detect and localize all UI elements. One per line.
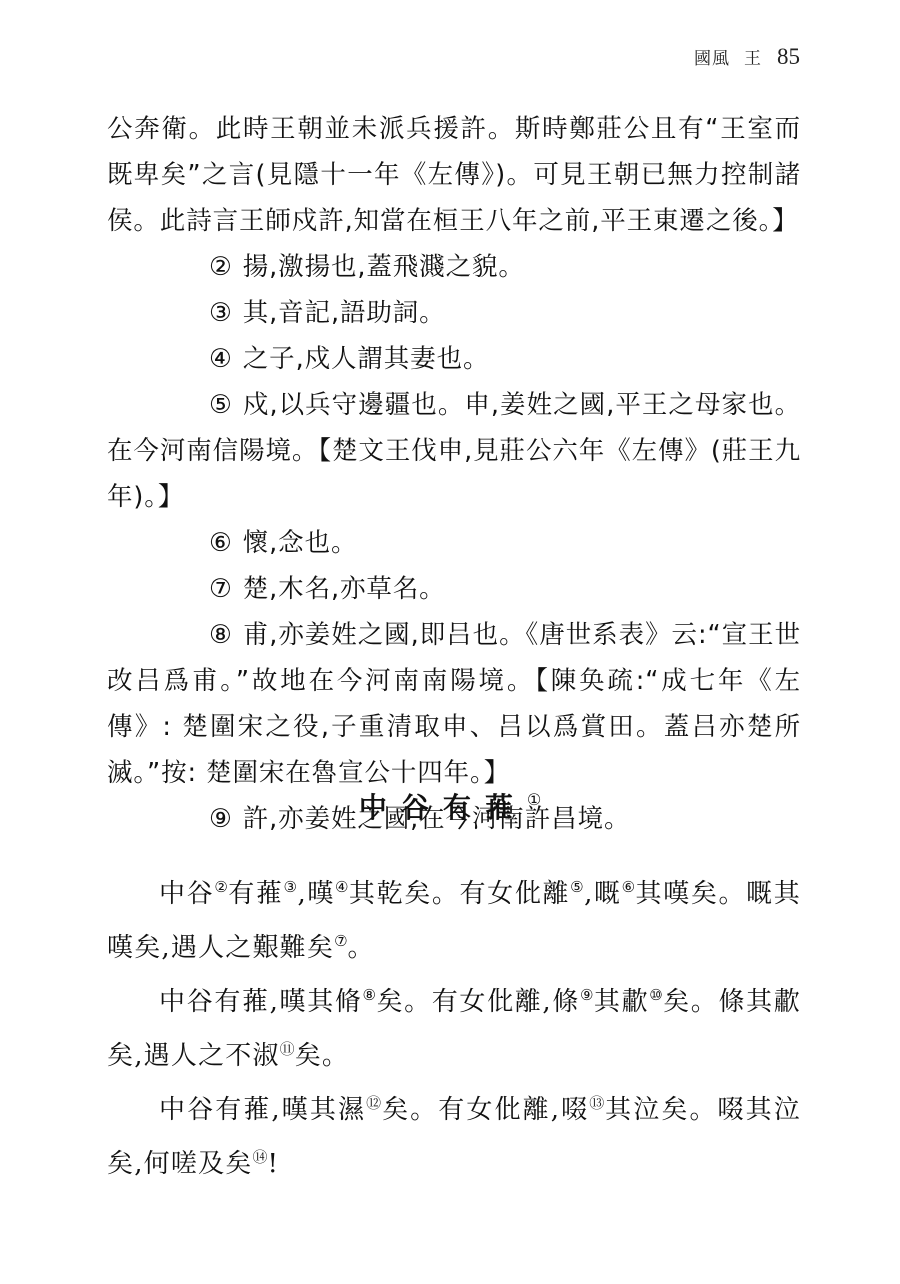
running-head-section: 國風 [694,44,730,69]
note-text: 之子,戍人謂其妻也。 [243,344,490,374]
footnote-marker: ⑧ [363,986,377,1004]
note-number: ⑤ [158,382,233,428]
verse-text: 矣。有女仳離,條 [376,987,580,1017]
note-number: ⑧ [158,612,233,658]
verse-text: 中谷有蓷,暵其脩 [159,987,363,1017]
note-number: ④ [158,336,233,382]
footnote-marker: ⑫ [366,1094,382,1112]
footnote-marker: ⑬ [589,1094,605,1112]
footnote-marker: ⑤ [570,878,584,896]
footnote-marker: ⑭ [252,1148,267,1166]
poem-body: 中谷②有蓷③,暵④其乾矣。有女仳離⑤,嘅⑥其嘆矣。嘅其嘆矣,遇人之艱難矣⑦。 中… [107,864,801,1188]
verse-text: 中谷 [159,879,214,909]
verse-text: ! [267,1149,279,1179]
stanza-3: 中谷有蓷,暵其濕⑫矣。有女仳離,啜⑬其泣矣。啜其泣矣,何嗟及矣⑭! [107,1080,801,1188]
note-number: ⑦ [158,566,233,612]
footnote-marker: ⑥ [622,878,636,896]
note-number: ② [158,244,233,290]
verse-text: ,嘅 [584,879,622,909]
running-head-subsection: 王 [744,44,761,69]
note-continuation: 公奔衛。此時王朝並未派兵援許。斯時鄭莊公且有“王室而既卑矣”之言(見隱十一年《左… [107,106,801,244]
book-page: 國風 王 85 公奔衛。此時王朝並未派兵援許。斯時鄭莊公且有“王室而既卑矣”之言… [0,0,900,1284]
note-2: ②揚,激揚也,蓋飛濺之貌。 [107,244,801,290]
footnote-marker: ④ [335,878,349,896]
footnote-marker: ⑨ [580,986,594,1004]
stanza-2: 中谷有蓷,暵其脩⑧矣。有女仳離,條⑨其歗⑩矣。條其歗矣,遇人之不淑⑪矣。 [107,972,801,1080]
poem-title-footnote-marker: ① [527,790,541,809]
verse-text: ,暵 [297,879,335,909]
verse-text: 其乾矣。有女仳離 [349,879,570,909]
note-4: ④之子,戍人謂其妻也。 [107,336,801,382]
footnote-marker: ③ [284,878,298,896]
verse-text: 有蓷 [228,879,283,909]
note-text: 揚,激揚也,蓋飛濺之貌。 [243,252,525,282]
poem-title: 中谷有蓷① [0,786,900,826]
running-head: 國風 王 85 [694,44,800,70]
note-7: ⑦楚,木名,亦草名。 [107,566,801,612]
note-number: ③ [158,290,233,336]
footnote-marker: ⑪ [280,1040,295,1058]
page-number: 85 [777,44,800,70]
note-text: 楚,木名,亦草名。 [243,574,446,604]
verse-text: 矣。 [295,1041,349,1071]
footnote-marker: ② [214,878,228,896]
note-5: ⑤戍,以兵守邊疆也。申,姜姓之國,平王之母家也。在今河南信陽境。【楚文王伐申,見… [107,382,801,520]
verse-text: 其歗 [594,987,649,1017]
note-text: 懷,念也。 [243,528,358,558]
verse-text: 。 [348,933,375,963]
note-number: ⑥ [158,520,233,566]
footnote-marker: ⑩ [649,986,663,1004]
note-8: ⑧甫,亦姜姓之國,即吕也。《唐世系表》云:“宣王世改吕爲甫。”故地在今河南南陽境… [107,612,801,796]
note-text: 公奔衛。此時王朝並未派兵援許。斯時鄭莊公且有“王室而既卑矣”之言(見隱十一年《左… [107,114,801,236]
note-text: 其,音記,語助詞。 [243,298,446,328]
verse-text: 矣。有女仳離,啜 [382,1095,589,1125]
note-6: ⑥懷,念也。 [107,520,801,566]
note-3: ③其,音記,語助詞。 [107,290,801,336]
stanza-1: 中谷②有蓷③,暵④其乾矣。有女仳離⑤,嘅⑥其嘆矣。嘅其嘆矣,遇人之艱難矣⑦。 [107,864,801,972]
footnote-marker: ⑦ [334,932,347,950]
poem-title-text: 中谷有蓷 [359,791,527,824]
annotation-notes: 公奔衛。此時王朝並未派兵援許。斯時鄭莊公且有“王室而既卑矣”之言(見隱十一年《左… [107,106,801,842]
verse-text: 中谷有蓷,暵其濕 [159,1095,366,1125]
